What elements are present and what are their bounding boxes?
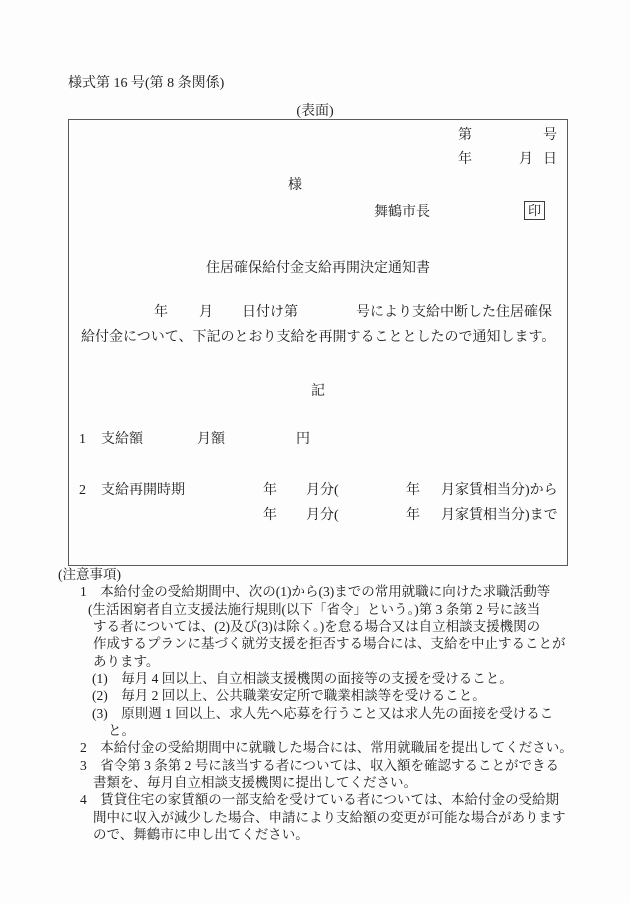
note-line: 書類を、毎月自立相談支援機関に提出してください。 [93, 774, 630, 791]
note-line: (3) 原則週 1 回以上、求人先へ応募を行うこと又は求人先の面接を受けるこ [92, 705, 630, 722]
doc-number-suffix: 号 [543, 128, 557, 145]
date-month-label: 月 [519, 152, 533, 169]
document-title: 住居確保給付金支給再開決定通知書 [69, 257, 567, 277]
document-page: 様式第 16 号(第 8 条関係) (表面) 第 号 年 月 日 様 舞鶴市長 … [0, 0, 630, 903]
issuer-name: 舞鶴市長 [374, 205, 430, 222]
note-line: 1 本給付金の受給期間中、次の(1)から(3)までの常用就職に向けた求職活動等 [80, 583, 630, 600]
date-year-label: 年 [458, 152, 472, 169]
body-date-prefix: 日付け第 [242, 305, 298, 322]
note-line: ので、舞鶴市に申し出てください。 [93, 826, 630, 843]
form-number: 様式第 16 号(第 8 条関係) [68, 72, 224, 92]
note-line: (1) 毎月 4 回以上、自立相談支援機関の面接等の支援を受けること。 [92, 670, 630, 687]
body-line2: 給付金について、下記のとおり支給を再開することとしたので通知します。 [81, 330, 555, 347]
item2-row1-month-part: 月分( [306, 483, 339, 500]
doc-number-prefix: 第 [458, 128, 472, 145]
body-line1-tail: 号により支給中断した住居確保 [356, 305, 552, 322]
ki-heading: 記 [69, 380, 567, 400]
seal-mark: 印 [524, 201, 545, 220]
item1-monthly-label: 月額 [197, 432, 225, 449]
item2-row2-month-part: 月分( [306, 508, 339, 525]
item2-row1-year2: 年 [406, 483, 420, 500]
note-line: する者については、(2)及び(3)は除く。)を怠る場合又は自立相談支援機関の [93, 618, 630, 635]
notice-box: 第 号 年 月 日 様 舞鶴市長 印 住居確保給付金支給再開決定通知書 年 月 … [68, 119, 568, 566]
body-year-label: 年 [154, 305, 168, 322]
item2-number: 2 [79, 483, 86, 500]
item1-unit-label: 円 [296, 432, 310, 449]
item2-row2-year2: 年 [406, 508, 420, 525]
note-line: あります。 [93, 653, 630, 670]
item2-row2-tail: 月家賃相当分)まで [441, 508, 558, 525]
notes-heading: (注意事項) [58, 566, 630, 583]
note-line: 3 省令第 3 条第 2 号に該当する者については、収入額を確認することができる [80, 757, 630, 774]
date-day-label: 日 [543, 152, 557, 169]
body-month-label: 月 [199, 305, 213, 322]
note-line: 2 本給付金の受給期間中に就職した場合には、常用就職届を提出してください。 [80, 739, 630, 756]
addressee-suffix: 様 [288, 178, 302, 195]
item2-row1-tail: 月家賃相当分)から [441, 483, 558, 500]
note-line: 間中に収入が減少した場合、申請により支給額の変更が可能な場合があります [93, 809, 630, 826]
item2-row1-year: 年 [263, 483, 277, 500]
note-line: (生活困窮者自立支援法施行規則(以下「省令」という。)第 3 条第 2 号に該当 [88, 601, 630, 618]
note-line: と。 [108, 722, 630, 739]
side-label: (表面) [0, 100, 630, 120]
item2-label: 支給再開時期 [101, 483, 185, 500]
note-line: (2) 毎月 2 回以上、公共職業安定所で職業相談等を受けること。 [92, 687, 630, 704]
notes-section: (注意事項) 1 本給付金の受給期間中、次の(1)から(3)までの常用就職に向け… [0, 566, 630, 844]
note-line: 作成するプランに基づく就労支援を拒否する場合には、支給を中止することが [93, 635, 630, 652]
item1-label: 支給額 [101, 432, 143, 449]
note-line: 4 賃貸住宅の家賃額の一部支給を受けている者については、本給付金の受給期 [80, 791, 630, 808]
item2-row2-year: 年 [263, 508, 277, 525]
item1-number: 1 [79, 432, 86, 449]
